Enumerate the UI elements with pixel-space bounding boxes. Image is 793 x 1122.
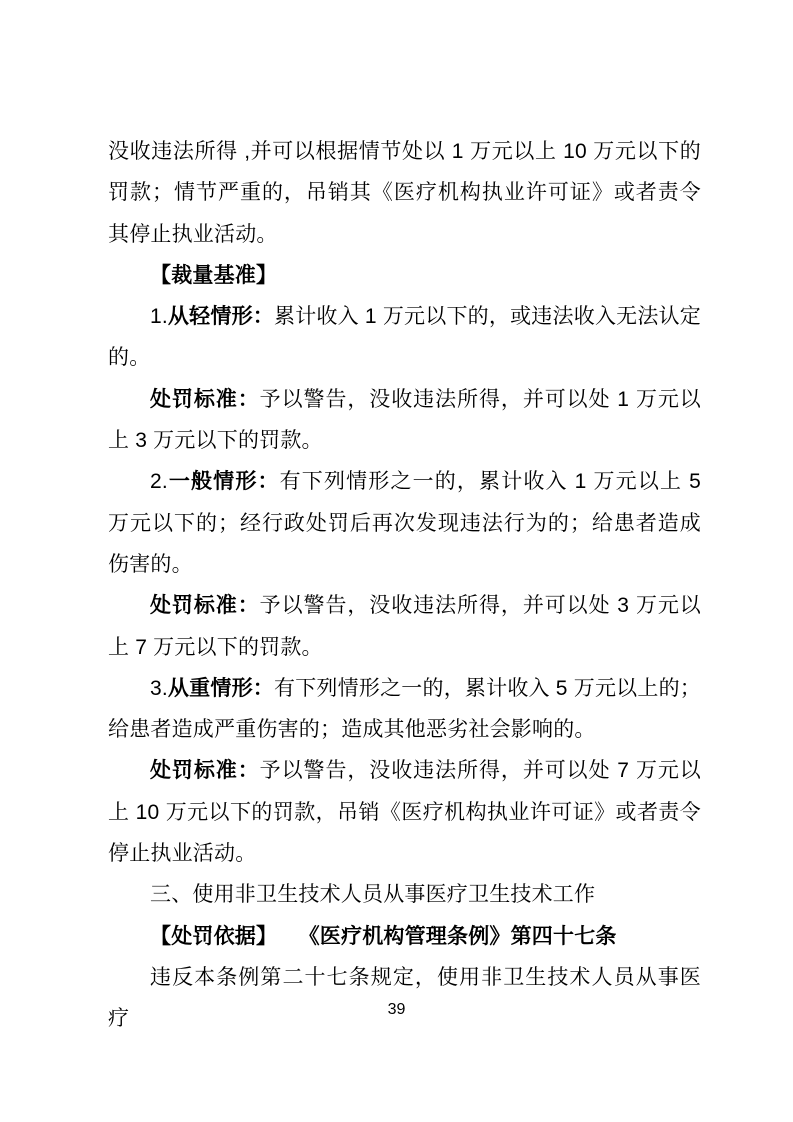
paragraph: 【处罚依据】 《医疗机构管理条例》第四十七条 (108, 916, 701, 957)
paragraph: 三、使用非卫生技术人员从事医疗卫生技术工作 (108, 874, 701, 915)
document-body: 没收违法所得 ,并可以根据情节处以 1 万元以上 10 万元以下的罚款；情节严重… (108, 131, 701, 1040)
paragraph: 【裁量基准】 (108, 255, 701, 296)
text-run: 没收违法所得 ,并可以根据情节处以 1 万元以上 10 万元以下的罚款；情节严重… (108, 140, 701, 246)
document-page: 没收违法所得 ,并可以根据情节处以 1 万元以上 10 万元以下的罚款；情节严重… (0, 0, 793, 1122)
text-run: 三、使用非卫生技术人员从事医疗卫生技术工作 (150, 883, 595, 906)
page-number: 39 (388, 1001, 406, 1018)
text-run: 2. (150, 470, 168, 493)
paragraph: 1.从轻情形：累计收入 1 万元以下的，或违法收入无法认定的。 (108, 296, 701, 379)
paragraph: 3.从重情形：有下列情形之一的，累计收入 5 万元以上的；给患者造成严重伤害的；… (108, 668, 701, 751)
paragraph: 处罚标准：予以警告，没收违法所得，并可以处 7 万元以上 10 万元以下的罚款，… (108, 750, 701, 874)
bold-text-run: 处罚标准： (150, 388, 260, 411)
bold-text-run: 处罚标准： (150, 759, 260, 782)
bold-text-run: 【裁量基准】 (150, 264, 277, 287)
paragraph: 没收违法所得 ,并可以根据情节处以 1 万元以上 10 万元以下的罚款；情节严重… (108, 131, 701, 255)
bold-text-run: 【处罚依据】 《医疗机构管理条例》第四十七条 (150, 925, 617, 948)
page-footer: 39 (0, 1000, 793, 1020)
paragraph: 处罚标准：予以警告，没收违法所得，并可以处 3 万元以上 7 万元以下的罚款。 (108, 585, 701, 668)
bold-text-run: 从轻情形： (168, 305, 274, 328)
paragraph: 违反本条例第二十七条规定，使用非卫生技术人员从事医疗 (108, 957, 701, 1040)
bold-text-run: 从重情形： (168, 677, 274, 700)
text-run: 违反本条例第二十七条规定，使用非卫生技术人员从事医疗 (108, 966, 701, 1030)
text-run: 1. (150, 305, 168, 328)
paragraph: 处罚标准：予以警告，没收违法所得，并可以处 1 万元以上 3 万元以下的罚款。 (108, 379, 701, 462)
paragraph: 2.一般情形：有下列情形之一的，累计收入 1 万元以上 5 万元以下的；经行政处… (108, 461, 701, 585)
bold-text-run: 一般情形： (168, 470, 280, 493)
bold-text-run: 处罚标准： (150, 594, 260, 617)
text-run: 3. (150, 677, 168, 700)
